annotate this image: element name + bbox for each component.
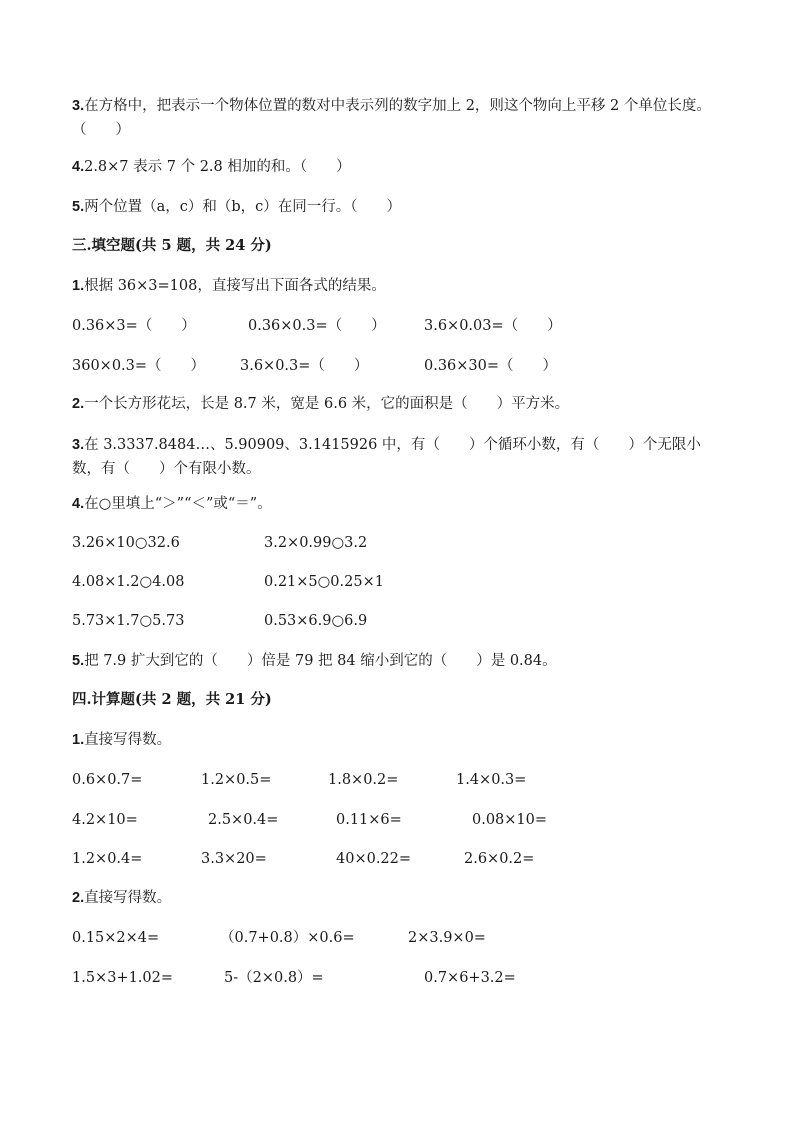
expression: 3.3×20= [201,849,267,869]
question-4-2: 2.直接写得数。 [72,888,171,908]
question-number: 5. [72,199,84,215]
expression: 0.11×6= [336,810,402,830]
section-heading-fill-in: 三.填空题(共 5 题，共 24 分) [72,236,272,256]
expression: （0.7+0.8）×0.6= [220,928,355,948]
comparison: 0.21×5○0.25×1 [264,572,384,592]
expression: 2.6×0.2= [464,849,534,869]
question-number: 2. [72,890,84,906]
expression: 2.5×0.4= [208,810,278,830]
question-2-3: 3.在方格中，把表示一个物体位置的数对中表示列的数字加上 2，则这个物向上平移 … [72,94,722,142]
question-text: 根据 36×3=108，直接写出下面各式的结果。 [84,278,386,294]
question-text: 在 3.3337.8484…、5.90909、3.1415926 中，有（ ）个… [72,437,701,477]
comparison: 0.53×6.9○6.9 [264,611,367,631]
expression: 0.15×2×4= [72,928,159,948]
expression: 1.4×0.3= [456,770,526,790]
question-number: 3. [72,98,84,114]
question-number: 1. [72,732,84,748]
question-text: 直接写得数。 [84,732,171,748]
question-2-4: 4.2.8×7 表示 7 个 2.8 相加的和。（ ） [72,157,351,177]
expression: 0.6×0.7= [72,770,142,790]
question-text: 一个长方形花坛，长是 8.7 米，宽是 6.6 米，它的面积是（ ）平方米。 [84,396,569,412]
expression: 0.36×0.3=（ ） [248,316,386,336]
question-number: 4. [72,159,84,175]
question-text: 在○里填上“＞”“＜”或“＝”。 [84,496,272,512]
question-4-1: 1.直接写得数。 [72,730,171,750]
question-text: 2.8×7 表示 7 个 2.8 相加的和。（ ） [84,159,351,175]
expression: 4.2×10= [72,810,138,830]
question-2-5: 5.两个位置（a，c）和（b，c）在同一行。（ ） [72,197,401,217]
expression: 1.8×0.2= [328,770,398,790]
question-3-1: 1.根据 36×3=108，直接写出下面各式的结果。 [72,276,386,296]
question-3-5: 5.把 7.9 扩大到它的（ ）倍是 79 把 84 缩小到它的（ ）是 0.8… [72,651,557,671]
question-3-3: 3.在 3.3337.8484…、5.90909、3.1415926 中，有（ … [72,433,722,481]
expression: 0.36×3=（ ） [72,316,196,336]
question-number: 5. [72,653,84,669]
question-3-2: 2.一个长方形花坛，长是 8.7 米，宽是 6.6 米，它的面积是（ ）平方米。 [72,394,569,414]
question-number: 4. [72,496,84,512]
comparison: 3.2×0.99○3.2 [264,533,367,553]
expression: 0.7×6+3.2= [424,968,516,988]
expression: 2×3.9×0= [408,928,486,948]
question-3-4: 4.在○里填上“＞”“＜”或“＝”。 [72,494,272,514]
question-number: 3. [72,437,84,453]
question-text: 两个位置（a，c）和（b，c）在同一行。（ ） [84,199,401,215]
expression: 360×0.3=（ ） [72,356,205,376]
question-number: 2. [72,396,84,412]
comparison: 4.08×1.2○4.08 [72,572,184,592]
expression: 40×0.22= [336,849,411,869]
expression: 5-（2×0.8）= [224,968,324,988]
comparison: 3.26×10○32.6 [72,533,180,553]
expression: 0.08×10= [472,810,547,830]
expression: 1.2×0.4= [72,849,142,869]
question-text: 直接写得数。 [84,890,171,906]
question-number: 1. [72,278,84,294]
question-text: 在方格中，把表示一个物体位置的数对中表示列的数字加上 2，则这个物向上平移 2 … [72,98,711,138]
comparison: 5.73×1.7○5.73 [72,611,184,631]
section-heading-calculation: 四.计算题(共 2 题，共 21 分) [72,690,272,710]
expression: 0.36×30=（ ） [424,356,557,376]
expression: 3.6×0.3=（ ） [240,356,368,376]
expression: 1.5×3+1.02= [72,968,173,988]
expression: 1.2×0.5= [201,770,271,790]
expression: 3.6×0.03=（ ） [424,316,562,336]
question-text: 把 7.9 扩大到它的（ ）倍是 79 把 84 缩小到它的（ ）是 0.84。 [84,653,557,669]
